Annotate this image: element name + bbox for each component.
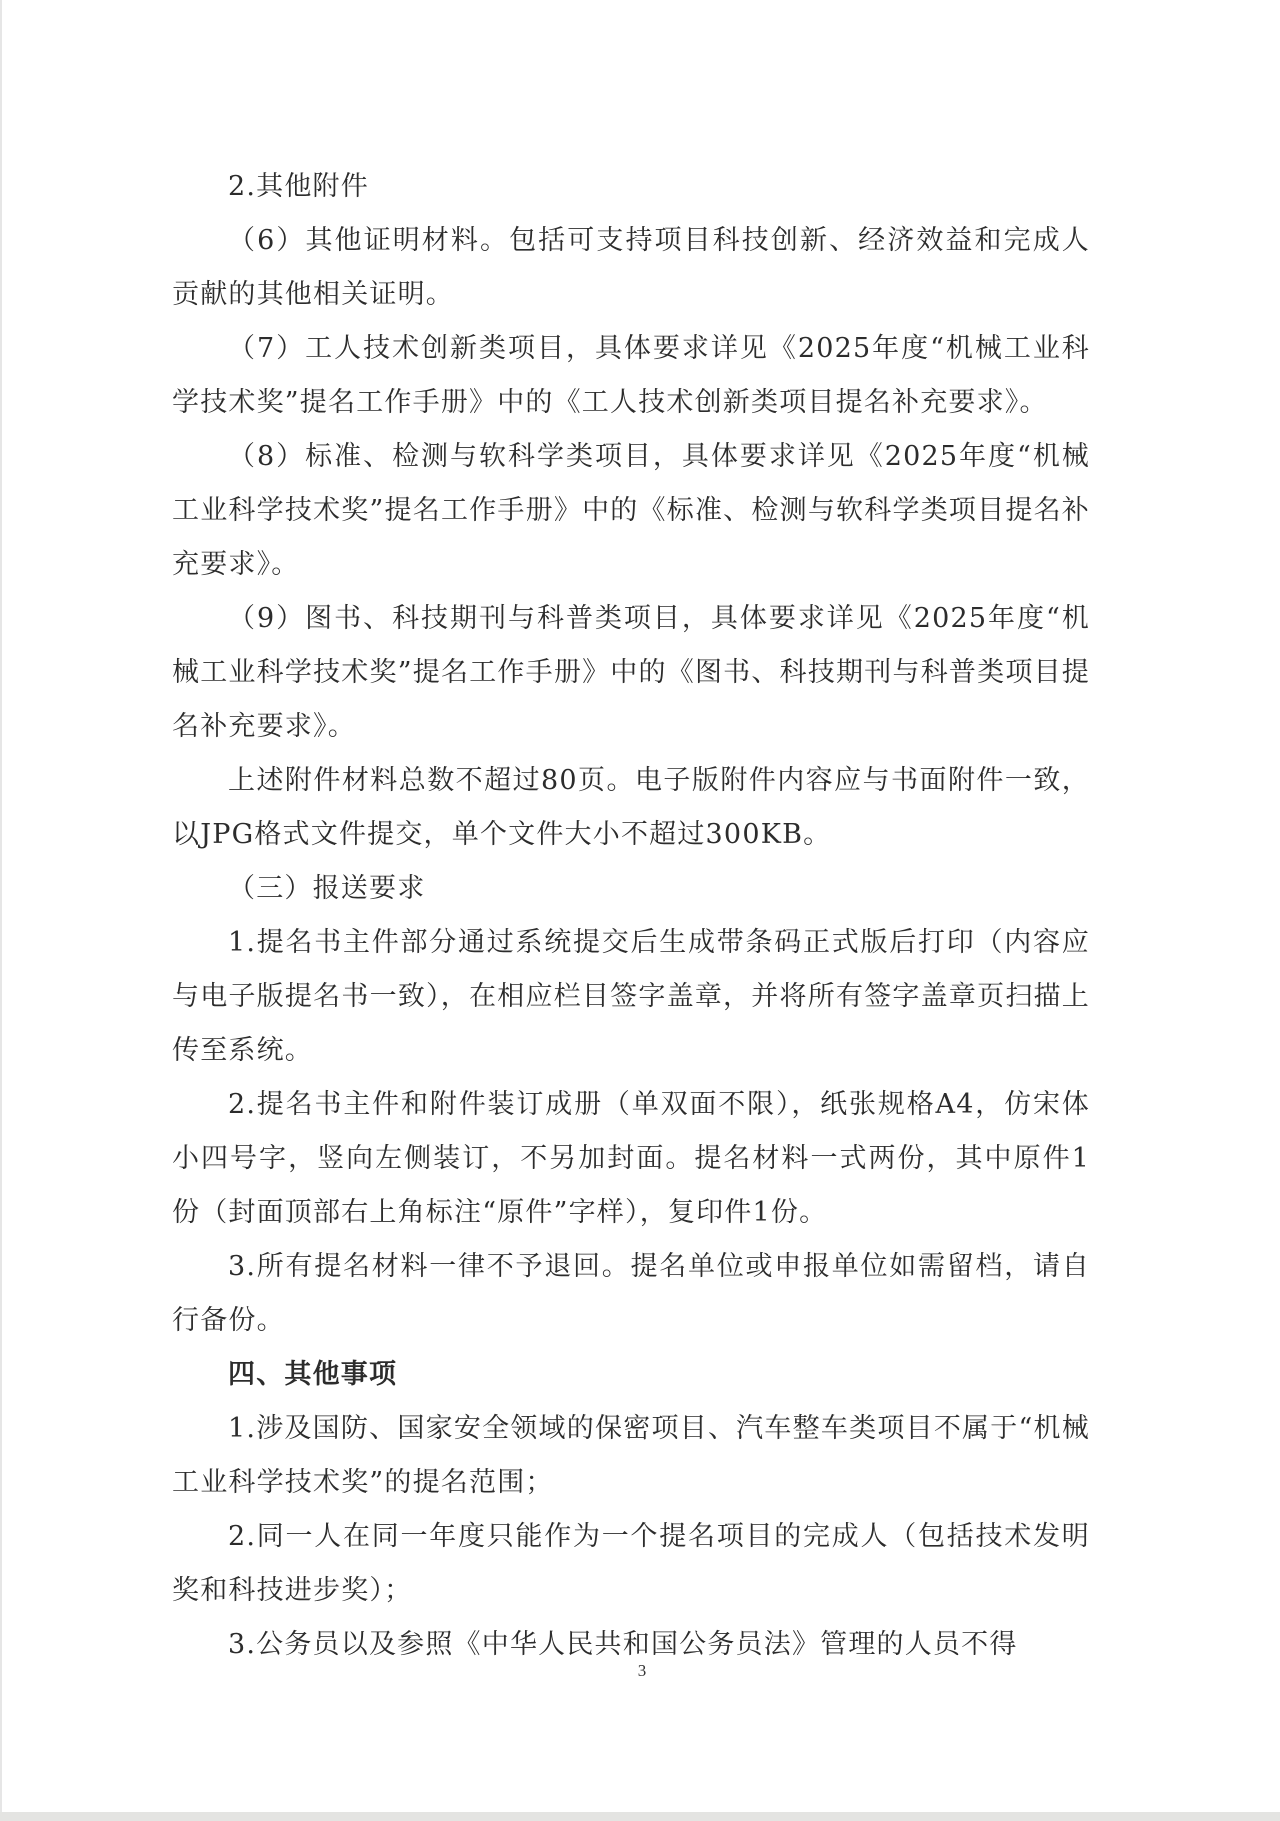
document-page: 2.其他附件 （6）其他证明材料。包括可支持项目科技创新、经济效益和完成人贡献的…	[0, 0, 1280, 1812]
paragraph-submission-1: 1.提名书主件部分通过系统提交后生成带条码正式版后打印（内容应与电子版提名书一致…	[172, 916, 1090, 1078]
paragraph-item-9: （9）图书、科技期刊与科普类项目，具体要求详见《2025年度“机械工业科学技术奖…	[172, 592, 1090, 754]
paragraph-other-2: 2.同一人在同一年度只能作为一个提名项目的完成人（包括技术发明奖和科技进步奖）；	[172, 1510, 1090, 1618]
paragraph-item-7: （7）工人技术创新类项目，具体要求详见《2025年度“机械工业科学技术奖”提名工…	[172, 322, 1090, 430]
paragraph-submission-2: 2.提名书主件和附件装订成册（单双面不限），纸张规格A4，仿宋体小四号字，竖向左…	[172, 1078, 1090, 1240]
paragraph-attachment-limits: 上述附件材料总数不超过80页。电子版附件内容应与书面附件一致，以JPG格式文件提…	[172, 754, 1090, 862]
paragraph-other-1: 1.涉及国防、国家安全领域的保密项目、汽车整车类项目不属于“机械工业科学技术奖”…	[172, 1402, 1090, 1510]
paragraph-item-6: （6）其他证明材料。包括可支持项目科技创新、经济效益和完成人贡献的其他相关证明。	[172, 214, 1090, 322]
page-number: 3	[2, 1661, 1280, 1681]
paragraph-submission-3: 3.所有提名材料一律不予退回。提名单位或申报单位如需留档，请自行备份。	[172, 1240, 1090, 1348]
paragraph-item-8: （8）标准、检测与软科学类项目，具体要求详见《2025年度“机械工业科学技术奖”…	[172, 430, 1090, 592]
scan-edge-strip	[0, 1812, 1280, 1821]
document-body: 2.其他附件 （6）其他证明材料。包括可支持项目科技创新、经济效益和完成人贡献的…	[172, 160, 1090, 1672]
paragraph-submission-requirements-heading: （三）报送要求	[172, 862, 1090, 916]
paragraph-other-attachments-heading: 2.其他附件	[172, 160, 1090, 214]
section-heading-other-matters: 四、其他事项	[172, 1348, 1090, 1402]
